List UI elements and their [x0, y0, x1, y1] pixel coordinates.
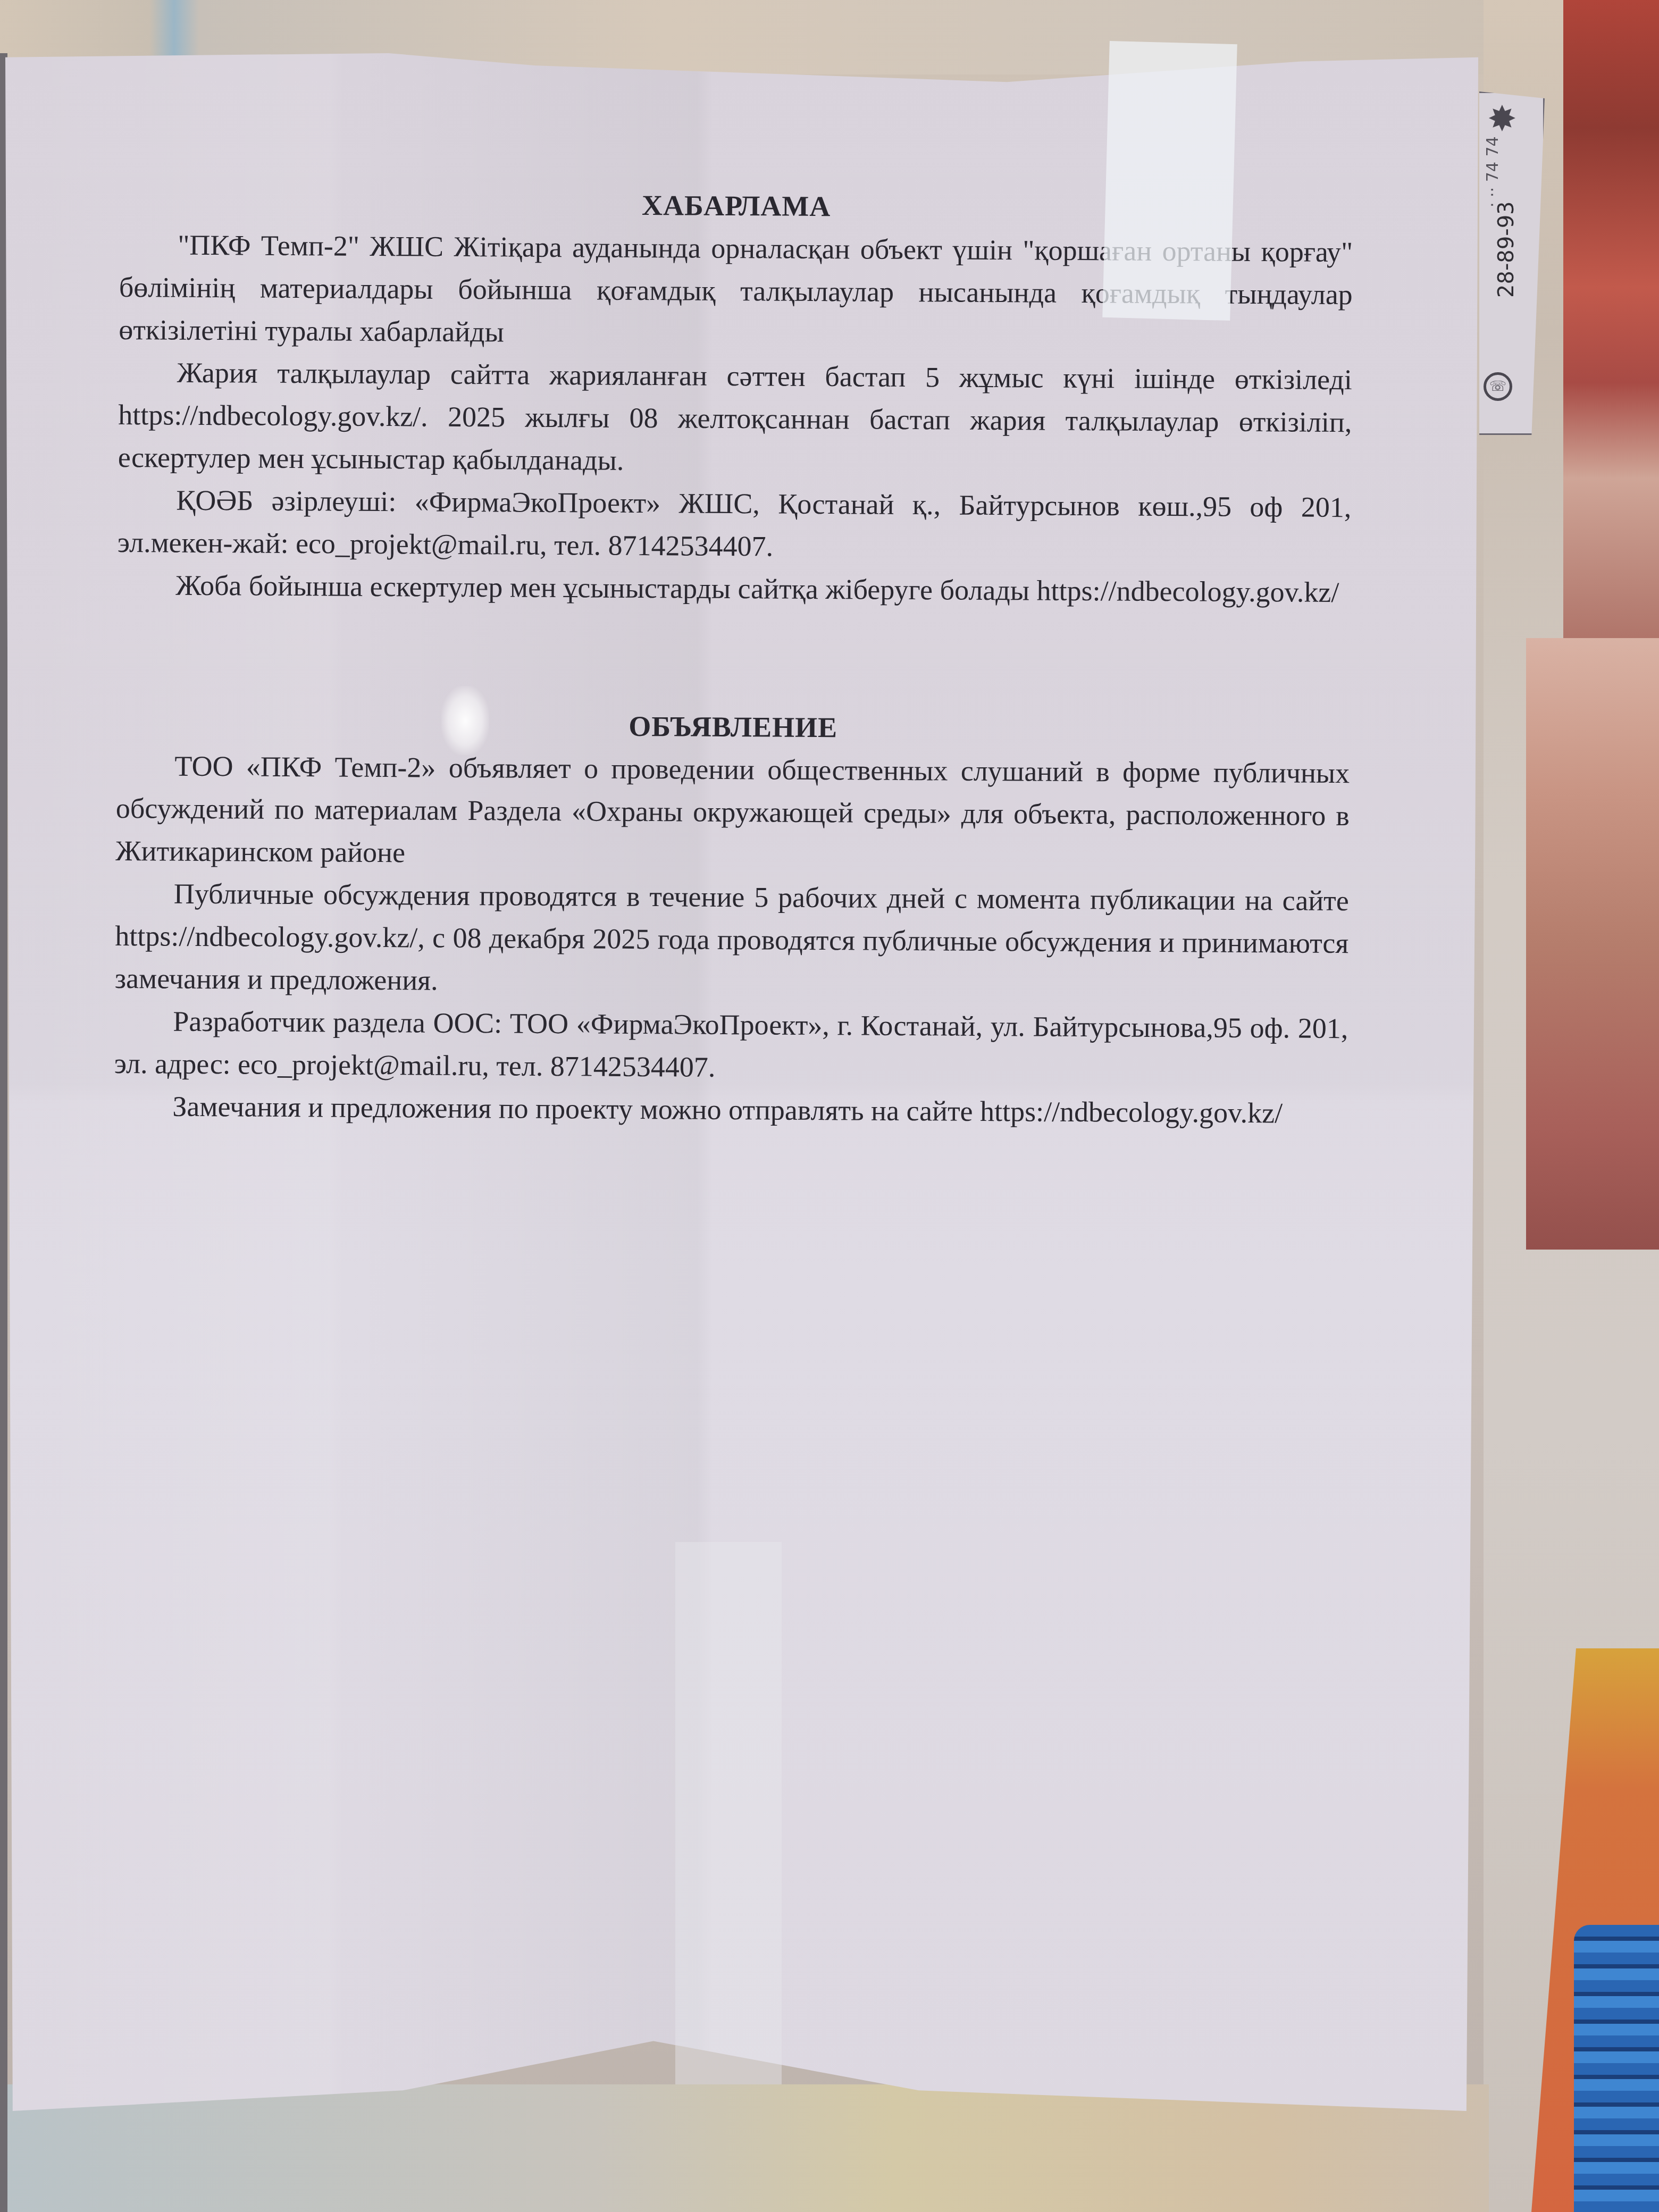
russian-paragraph-feedback: Замечания и предложения по проекту можно… — [114, 1085, 1347, 1135]
sticker-phone-partial: · ·· 74 74 — [1484, 136, 1502, 207]
russian-paragraph-schedule: Публичные обсуждения проводятся в течени… — [115, 872, 1349, 1007]
kazakh-paragraph-developer: ҚОӘБ әзірлеуші: «ФирмаЭкоПроект» ЖШС, Қо… — [118, 479, 1352, 571]
phone-icon: ☏ — [1484, 372, 1512, 401]
russian-notice-title: ОБЪЯВЛЕНИЕ — [116, 702, 1350, 752]
light-glare — [441, 686, 489, 755]
adhesive-tape-top — [1102, 41, 1237, 321]
russian-paragraph-intro: ТОО «ПКФ Темп-2» объявляет о проведении … — [115, 744, 1350, 879]
notice-text: ХАБАРЛАМА "ПКФ Темп-2" ЖШС Жітіқара ауда… — [114, 181, 1353, 1135]
background-poster-red — [1563, 0, 1659, 638]
wall-background-bottom — [0, 2084, 1489, 2212]
adhesive-tape-bottom — [675, 1542, 782, 2084]
kazakh-paragraph-feedback: Жоба бойынша ескертулер мен ұсыныстарды … — [117, 564, 1351, 614]
russian-paragraph-developer: Разработчик раздела ООС: ТОО «ФирмаЭкоПр… — [114, 1000, 1348, 1092]
sticker-phone-number: 28-89-93 — [1494, 201, 1519, 298]
background-poster-blue — [1574, 1925, 1659, 2212]
star-emblem-icon: ✸ — [1484, 101, 1521, 138]
wall-edge-left — [0, 53, 7, 2212]
background-poster-floral — [1526, 638, 1659, 1250]
russian-notice: ОБЪЯВЛЕНИЕ ТОО «ПКФ Темп-2» объявляет о … — [114, 702, 1350, 1135]
kazakh-paragraph-schedule: Жария талқылаулар сайтта жарияланған сәт… — [118, 351, 1352, 486]
